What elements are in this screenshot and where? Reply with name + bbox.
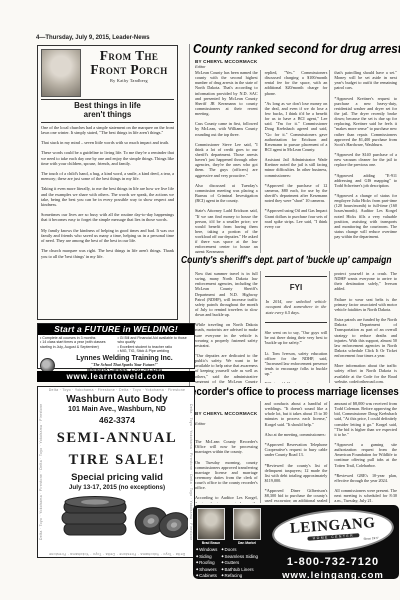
- newspaper-page: 4—Thursday, July 9, 2015, Leader-News Fr…: [0, 0, 400, 600]
- welding-ad-bullets-left: Complete all courses in 3 months 14 clas…: [40, 336, 115, 354]
- tire-sale-line1: SEMI-ANNUAL: [46, 429, 188, 447]
- recorder-article-col1-text: The McLean County Recorder's Office will…: [195, 439, 258, 503]
- fyi-text: In 2014, one unbelted vehicle occupant d…: [266, 299, 327, 315]
- front-porch-subhead-line2: aren't things: [41, 111, 174, 120]
- welding-ad-website: www.learntoweld.com: [37, 371, 195, 382]
- welding-company-name: Lynnes Welding Training Inc.: [57, 355, 192, 362]
- page-dateline: 4—Thursday, July 9, 2015, Leader-News: [36, 35, 150, 41]
- drug-article-col3: that's patrolling should have a set." Mo…: [329, 70, 399, 253]
- columnist-photo: [41, 49, 81, 97]
- recorder-article-headline: Recorder's office to process marriage li…: [184, 386, 399, 398]
- front-porch-column: From The Front Porch By Kathy Tandberg B…: [37, 45, 178, 320]
- drug-article-col1: McLean County has been named the county …: [195, 70, 260, 253]
- leingang-left-panel: Brad Braun Dan Markel Windows Siding Roo…: [196, 508, 268, 580]
- recorder-article-col1: BY CHERYL MCCORMACK Editor The McLean Co…: [195, 401, 260, 503]
- front-porch-title-line2: Front Porch: [84, 63, 174, 77]
- recorder-article-byline-block: BY CHERYL MCCORMACK Editor: [195, 406, 258, 432]
- tire-ad: Delta · Toyo · Yokohama · Firestone · De…: [37, 386, 195, 558]
- leingang-rep-photos: Brad Braun Dan Markel: [196, 508, 268, 545]
- tire-valid-text: Special pricing valid: [46, 472, 188, 483]
- front-porch-titlebox: From The Front Porch By Kathy Tandberg: [84, 49, 174, 97]
- tires-illustration: [46, 493, 188, 539]
- leingang-services-right: Doors Seamless Siding Gutters Bathtub Li…: [221, 547, 258, 580]
- drug-article-columns: McLean County has been named the county …: [195, 70, 399, 253]
- leingang-rep2: Dan Markel: [232, 508, 262, 545]
- rep1-photo: [197, 508, 225, 540]
- service-item: Windows: [196, 547, 217, 554]
- front-porch-title-line1: From The: [84, 49, 174, 63]
- welding-ad-banner: Start a FUTURE in WELDING!: [38, 324, 194, 335]
- tire-ad-content: Washburn Auto Body 101 Main Ave., Washbu…: [46, 394, 188, 544]
- welding-bullet: GI Bill and Financial Aid available to t…: [118, 336, 193, 345]
- recorder-article-col2: and conducts about a handful of weddings…: [260, 401, 330, 503]
- buckle-article-columns: Now that summer travel is in full swing,…: [195, 271, 399, 383]
- tire-business-phone: 462-3374: [46, 415, 188, 425]
- front-porch-byline: By Kathy Tandberg: [84, 78, 174, 83]
- recorder-article-byline-role: Editor: [195, 422, 258, 427]
- tire-brand-strip-top: Delta · Toyo · Yokohama · Firestone · De…: [46, 388, 188, 392]
- recorder-article-col3: amount of $8,000 was received from Todd …: [329, 401, 399, 503]
- recorder-article-columns: BY CHERYL MCCORMACK Editor The McLean Co…: [195, 401, 399, 503]
- tire-brand-strip-bottom: Delta · Toyo · Yokohama · Firestone · De…: [46, 552, 188, 556]
- leingang-logo-since: Since 1977: [363, 536, 378, 541]
- drug-article-col2: replied, "Yes." Commissioners discussed …: [260, 70, 330, 253]
- service-item: Cabinets: [196, 573, 217, 580]
- rep1-name: Brad Braun: [196, 541, 226, 545]
- leingang-services-left: Windows Siding Roofing Showers Cabinets: [196, 547, 217, 580]
- front-porch-subhead: Best things in life aren't things: [41, 99, 174, 123]
- drug-article-byline-block: BY CHERYL MCCORMACK Editor: [195, 59, 257, 69]
- leingang-logo: LEINGANG HOME CENTER Since 1977: [271, 506, 396, 556]
- leingang-right-panel: LEINGANG HOME CENTER Since 1977 1-800-73…: [271, 508, 395, 581]
- leingang-phone: 1-800-732-7120: [271, 556, 395, 568]
- front-porch-body-text: One of the local churches had a simple s…: [41, 125, 174, 259]
- tire-sale-line2: TIRE SALE!: [46, 451, 188, 469]
- drug-article-headline: County ranked second for drug arrests: [193, 42, 400, 56]
- welding-bullet: MIG, TIG, Stick & Pipe welding: [118, 349, 193, 353]
- fyi-title: FYI: [266, 283, 327, 293]
- service-item: Roofing: [196, 560, 217, 567]
- tire-dates-text: July 13-17, 2015 (no exceptions): [46, 484, 188, 491]
- buckle-article-col3: protect yourself in a crash. The NDHP wa…: [329, 271, 399, 383]
- fyi-box: FYI In 2014, one unbelted vehicle occupa…: [265, 276, 328, 323]
- welding-ad-bullets-right: GI Bill and Financial Aid available to t…: [118, 336, 193, 354]
- buckle-article-col2-text: She went on to say, "Our guys will be ou…: [265, 330, 328, 383]
- buckle-article-headline: County's sheriff's dept. part of 'buckle…: [181, 255, 392, 266]
- welding-ad: Start a FUTURE in WELDING! Complete all …: [37, 323, 195, 369]
- tire-business-address: 101 Main Ave., Washburn, ND: [46, 406, 188, 413]
- tire-business-name: Washburn Auto Body: [46, 394, 188, 405]
- rep2-photo: [233, 508, 261, 540]
- leingang-website: www.leingang.com: [271, 570, 395, 581]
- welding-bullet: 14 class start times a year (with classe…: [40, 340, 115, 349]
- buckle-article-col2: FYI In 2014, one unbelted vehicle occupa…: [260, 271, 330, 383]
- tire-brand-strip-left: Delta · Toyo · Yokohama · Firestone · De…: [39, 397, 43, 547]
- front-porch-header: From The Front Porch By Kathy Tandberg: [41, 49, 174, 97]
- buckle-article-col1: Now that summer travel is in full swing,…: [195, 271, 260, 383]
- drug-article-byline-role: Editor: [195, 64, 257, 69]
- rep2-name: Dan Markel: [232, 541, 262, 545]
- service-item: Refacing: [221, 573, 258, 580]
- leingang-logo-name: LEINGANG: [289, 516, 376, 537]
- leingang-ad: Brad Braun Dan Markel Windows Siding Roo…: [193, 505, 399, 579]
- leingang-services: Windows Siding Roofing Showers Cabinets …: [196, 547, 268, 580]
- leingang-rep1: Brad Braun: [196, 508, 226, 545]
- welding-ad-bullets: Complete all courses in 3 months 14 clas…: [38, 335, 194, 355]
- recorder-article-byline: BY CHERYL MCCORMACK: [195, 411, 258, 417]
